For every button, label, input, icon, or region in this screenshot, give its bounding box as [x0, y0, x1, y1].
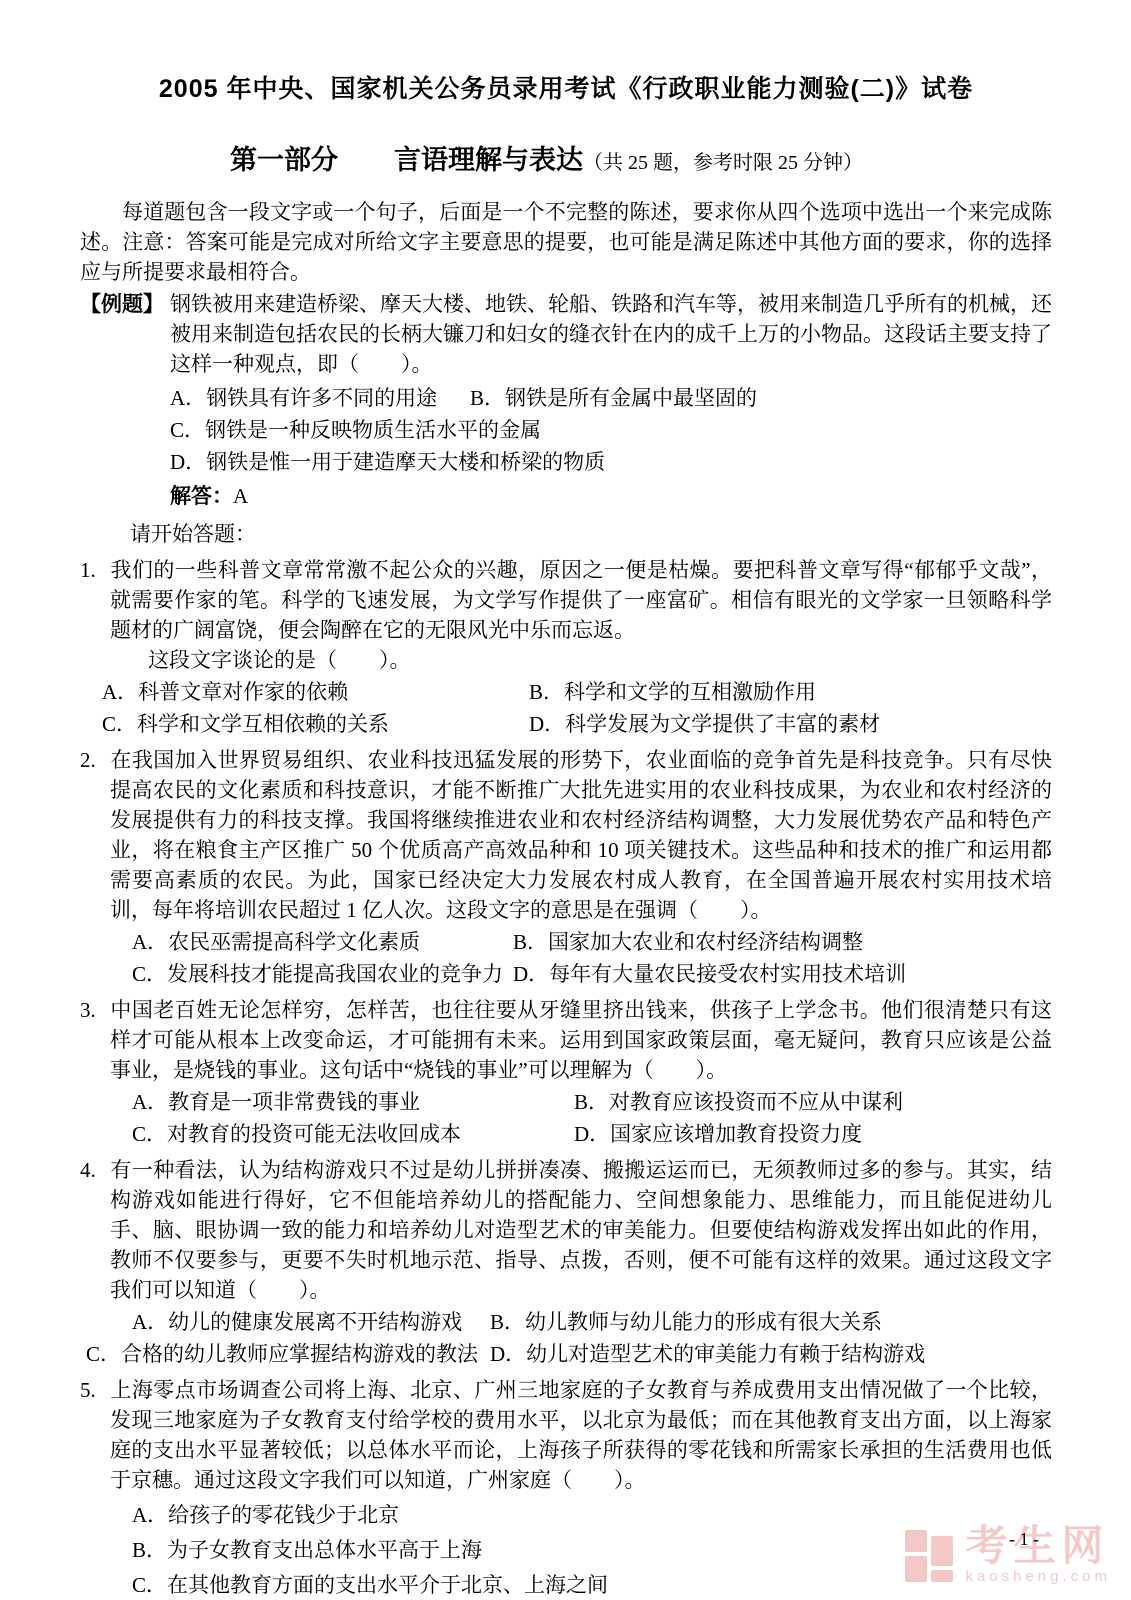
option-row: D．钢铁是惟一用于建造摩天大楼和桥梁的物质 [170, 447, 1052, 477]
example-label: 【例题】 [80, 289, 170, 319]
option-row: A．科普文章对作家的依赖B．科学和文学的互相激励作用 [102, 677, 1052, 707]
question-options: A．幼儿的健康发展离不开结构游戏B．幼儿教师与幼儿能力的形成有很大关系C．合格的… [80, 1307, 1052, 1369]
option-item: D．钢铁是惟一用于建造摩天大楼和桥梁的物质 [170, 447, 605, 477]
question-body: 1.我们的一些科普文章常常激不起公众的兴趣，原因之一便是枯燥。要把科普文章写得“… [80, 555, 1052, 645]
option-item: B．科学和文学的互相激励作用 [529, 677, 816, 707]
example-answer: 解答：A [170, 481, 1052, 511]
option-item: A．钢铁具有许多不同的用途 [170, 383, 470, 413]
instructions-paragraph: 每道题包含一段文字或一个句子，后面是一个不完整的陈述，要求你从四个选项中选出一个… [80, 197, 1052, 287]
page-number: - 1 - [1009, 1529, 1039, 1550]
question-3: 3.中国老百姓无论怎样穷，怎样苦，也往往要从牙缝里挤出钱来，供孩子上学念书。他们… [80, 995, 1052, 1149]
option-item: C．发展科技才能提高我国农业的竞争力 [132, 959, 513, 989]
option-row: A．幼儿的健康发展离不开结构游戏B．幼儿教师与幼儿能力的形成有很大关系 [132, 1307, 1052, 1337]
question-options: A．教育是一项非常费钱的事业B．对教育应该投资而不应从中谋利C．对教育的投资可能… [80, 1087, 1052, 1149]
option-item: B．为子女教育支出总体水平高于上海 [132, 1535, 482, 1565]
question-options: A．农民巫需提高科学文化素质B．国家加大农业和农村经济结构调整C．发展科技才能提… [80, 927, 1052, 989]
part-note: （共 25 题，参考时限 25 分钟） [583, 152, 863, 174]
question-4: 4.有一种看法，认为结构游戏只不过是幼儿拼拼凑凑、搬搬运运而已，无须教师过多的参… [80, 1155, 1052, 1369]
option-item: C．科学和文学互相依赖的关系 [102, 709, 529, 739]
question-number: 4. [80, 1155, 110, 1185]
page-content: 2005 年中央、国家机关公务员录用考试《行政职业能力测验(二)》试卷 第一部分… [80, 72, 1052, 1600]
option-row: C．发展科技才能提高我国农业的竞争力D．每年有大量农民接受农村实用技术培训 [132, 959, 1052, 989]
section-heading: 第一部分言语理解与表达（共 25 题，参考时限 25 分钟） [230, 140, 1052, 183]
questions-list: 1.我们的一些科普文章常常激不起公众的兴趣，原因之一便是枯燥。要把科普文章写得“… [80, 555, 1052, 1600]
answer-label: 解答： [170, 484, 233, 508]
part-label: 第一部分 [230, 145, 338, 175]
answer-value: A [233, 484, 248, 508]
option-row: C．合格的幼儿教师应掌握结构游戏的教法D．幼儿对造型艺术的审美能力有赖于结构游戏 [86, 1339, 1052, 1369]
question-body: 2.在我国加入世界贸易组织、农业科技迅猛发展的形势下，农业面临的竞争首先是科技竞… [80, 745, 1052, 925]
question-1: 1.我们的一些科普文章常常激不起公众的兴趣，原因之一便是枯燥。要把科普文章写得“… [80, 555, 1052, 739]
option-item: B．国家加大农业和农村经济结构调整 [513, 927, 863, 957]
option-row: C．钢铁是一种反映物质生活水平的金属 [170, 415, 1052, 445]
kaosheng-logo-icon [905, 1528, 957, 1582]
option-row: C．科学和文学互相依赖的关系D．科学发展为文学提供了丰富的素材 [102, 709, 1052, 739]
option-item: D．每年有大量农民接受农村实用技术培训 [513, 959, 906, 989]
option-item: C．对教育的投资可能无法收回成本 [132, 1119, 574, 1149]
option-row: A．钢铁具有许多不同的用途B．钢铁是所有金属中最坚固的 [170, 383, 1052, 413]
option-row: A．教育是一项非常费钱的事业B．对教育应该投资而不应从中谋利 [132, 1087, 1052, 1117]
option-row: A．农民巫需提高科学文化素质B．国家加大农业和农村经济结构调整 [132, 927, 1052, 957]
document-page: 2005 年中央、国家机关公务员录用考试《行政职业能力测验(二)》试卷 第一部分… [0, 0, 1131, 1600]
question-number: 1. [80, 555, 110, 585]
example-options: A．钢铁具有许多不同的用途B．钢铁是所有金属中最坚固的C．钢铁是一种反映物质生活… [80, 383, 1052, 477]
begin-note: 请开始答题： [130, 519, 1052, 549]
option-item: A．教育是一项非常费钱的事业 [132, 1087, 574, 1117]
question-body: 5.上海零点市场调查公司将上海、北京、广州三地家庭的子女教育与养成费用支出情况做… [80, 1375, 1052, 1495]
option-item: C．合格的幼儿教师应掌握结构游戏的教法 [86, 1339, 490, 1369]
option-item: D．幼儿对造型艺术的审美能力有赖于结构游戏 [490, 1339, 925, 1369]
question-number: 5. [80, 1375, 110, 1405]
part-title: 言语理解与表达 [394, 145, 583, 175]
option-item: D．国家应该增加教育投资力度 [574, 1119, 862, 1149]
option-row: C．对教育的投资可能无法收回成本D．国家应该增加教育投资力度 [132, 1119, 1052, 1149]
option-item: A．给孩子的零花钱少于北京 [132, 1500, 399, 1530]
watermark-domain: kaosheng.com [965, 1569, 1111, 1584]
option-item: A．科普文章对作家的依赖 [102, 677, 529, 707]
option-item: C．钢铁是一种反映物质生活水平的金属 [170, 415, 541, 445]
option-item: A．幼儿的健康发展离不开结构游戏 [132, 1307, 490, 1337]
document-title: 2005 年中央、国家机关公务员录用考试《行政职业能力测验(二)》试卷 [80, 72, 1052, 106]
option-item: D．科学发展为文学提供了丰富的素材 [529, 709, 880, 739]
question-body: 4.有一种看法，认为结构游戏只不过是幼儿拼拼凑凑、搬搬运运而已，无须教师过多的参… [80, 1155, 1052, 1305]
question-body: 3.中国老百姓无论怎样穷，怎样苦，也往往要从牙缝里挤出钱来，供孩子上学念书。他们… [80, 995, 1052, 1085]
question-number: 2. [80, 745, 110, 775]
question-options: A．科普文章对作家的依赖B．科学和文学的互相激励作用C．科学和文学互相依赖的关系… [80, 677, 1052, 739]
option-item: B．钢铁是所有金属中最坚固的 [470, 383, 757, 413]
example-text: 钢铁被用来建造桥梁、摩天大楼、地铁、轮船、铁路和汽车等，被用来制造几乎所有的机械… [170, 292, 1052, 376]
question-2: 2.在我国加入世界贸易组织、农业科技迅猛发展的形势下，农业面临的竞争首先是科技竞… [80, 745, 1052, 989]
example-body: 【例题】钢铁被用来建造桥梁、摩天大楼、地铁、轮船、铁路和汽车等，被用来制造几乎所… [80, 289, 1052, 379]
option-item: C．在其他教育方面的支出水平介于北京、上海之间 [132, 1570, 608, 1600]
example-block: 【例题】钢铁被用来建造桥梁、摩天大楼、地铁、轮船、铁路和汽车等，被用来制造几乎所… [80, 289, 1052, 511]
option-item: A．农民巫需提高科学文化素质 [132, 927, 513, 957]
option-item: B．对教育应该投资而不应从中谋利 [574, 1087, 903, 1117]
question-prompt: 这段文字谈论的是（ ）。 [80, 645, 1052, 675]
option-item: B．幼儿教师与幼儿能力的形成有很大关系 [490, 1307, 882, 1337]
question-number: 3. [80, 995, 110, 1025]
